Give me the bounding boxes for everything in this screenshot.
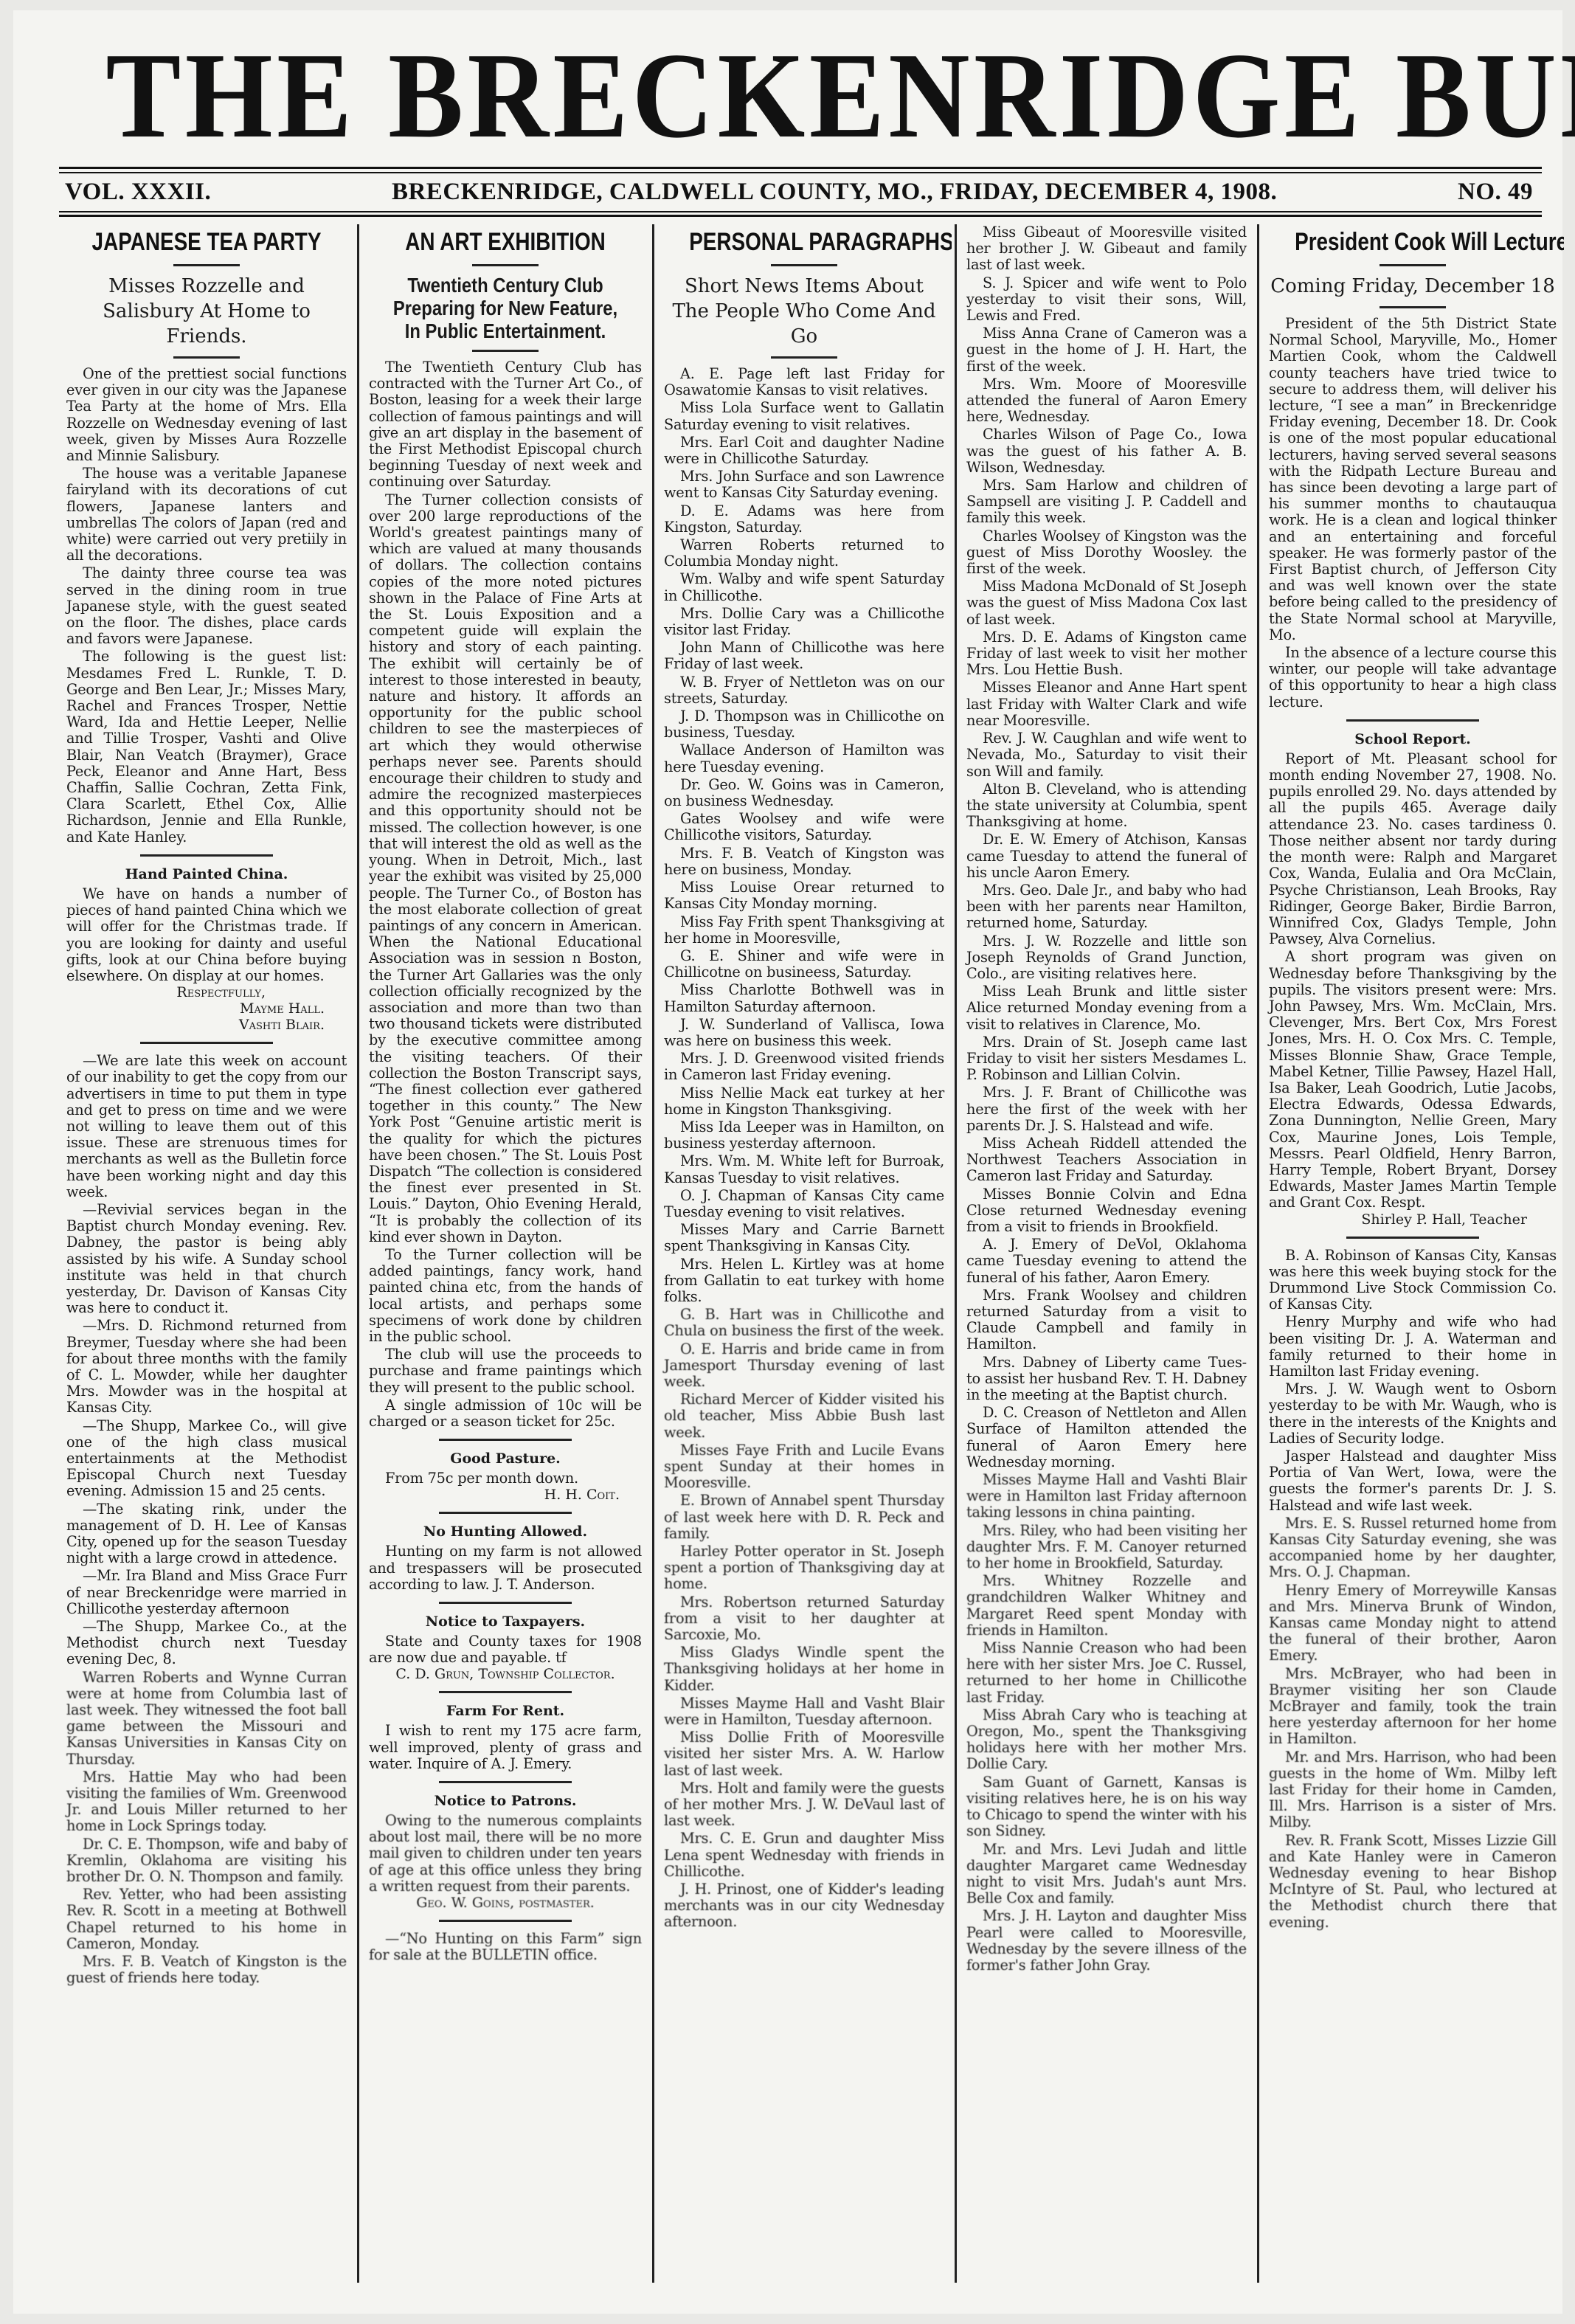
masthead-title: THE BRECKENRIDGE BULLETIN. [105,32,1470,158]
patrons-notice: Owing to the numerous complaints about l… [369,1813,642,1895]
column-japanese-tea-party: JAPANESE TEA PARTY Misses Rozzelle and S… [59,224,354,2290]
personal-item: Jasper Halstead and daughter Miss Portia… [1269,1448,1557,1514]
china-signature-2: Vashti Blair. [66,1017,347,1033]
personal-item: G. E. Shiner and wife were in Chillicotn… [664,948,944,981]
headline-art-exhibition: AN ART EXHIBITION [393,227,617,257]
divider [472,350,539,352]
divider [771,264,837,266]
divider [439,1781,572,1783]
personal-item: S. J. Spicer and wife went to Polo yeste… [966,275,1247,325]
patrons-signature: Geo. W. Goins, postmaster. [369,1895,642,1911]
local-item: —Mr. Ira Bland and Miss Grace Furr of ne… [66,1568,347,1617]
personal-item: Mrs. Riley, who had been visiting her da… [966,1523,1247,1572]
personal-item: Miss Dollie Frith of Mooresville visited… [664,1729,944,1779]
personal-item: G. B. Hart was in Chillicothe and Chula … [664,1307,944,1339]
column-rule [357,224,359,2283]
personal-item: Mrs. Wm. M. White left for Burroak, Kans… [664,1153,944,1186]
personal-item: Miss Leah Brunk and little sister Alice … [966,983,1247,1033]
personal-item: Alton B. Cleveland, who is attending the… [966,781,1247,831]
personal-item: Richard Mercer of Kidder visited his old… [664,1391,944,1441]
local-item: Mrs. Hattie May who had been visiting th… [66,1769,347,1835]
personal-item: Miss Gladys Windle spent the Thanksgivin… [664,1645,944,1694]
article-paragraph: The Turner collection consists of over 2… [369,492,642,1245]
divider [1380,306,1446,308]
personal-item: Henry Emery of Morreywille Kansas and Mr… [1269,1583,1557,1664]
divider [439,1602,572,1604]
personal-item: Mrs. Frank Woolsey and children returned… [966,1287,1247,1353]
heading-farm-for-rent: Farm For Rent. [369,1702,642,1720]
divider [173,356,240,359]
local-item: —The skating rink, under the management … [66,1501,347,1567]
personal-item: Mrs. Dabney of Liberty came Tues- to ass… [966,1355,1247,1404]
personal-item: Dr. E. W. Emery of Atchison, Kansas came… [966,831,1247,881]
local-item: —Revivial services began in the Baptist … [66,1202,347,1316]
hunting-notice: Hunting on my farm is not allowed and tr… [369,1543,642,1593]
local-item: —The Shupp, Markee Co., at the Methodist… [66,1619,347,1668]
personal-item: Wm. Walby and wife spent Saturday in Chi… [664,571,944,604]
column-president-cook: President Cook Will Lecture Coming Frida… [1261,224,1564,2290]
personal-item: Misses Faye Frith and Lucile Evans spent… [664,1442,944,1492]
divider [439,1691,572,1693]
china-closing: Respectfully, [66,984,347,1000]
personal-item: W. B. Fryer of Nettleton was on our stre… [664,674,944,707]
personal-item: John Mann of Chillicothe was here Friday… [664,640,944,672]
personal-item: Mr. and Mrs. Harrison, who had been gues… [1269,1749,1557,1831]
personal-item: Miss Anna Crane of Cameron was a guest i… [966,325,1247,375]
personal-item: Mr. and Mrs. Levi Judah and little daugh… [966,1841,1247,1907]
divider [439,1920,572,1922]
personal-item: Mrs. McBrayer, who had been in Braymer v… [1269,1666,1557,1748]
dateline-rule-1 [59,211,1542,212]
personal-item: Miss Charlotte Bothwell was in Hamilton … [664,982,944,1014]
divider [439,1439,572,1441]
tax-notice: State and County taxes for 1908 are now … [369,1633,642,1666]
personal-item: A. E. Page left last Friday for Osawatom… [664,366,944,398]
article-paragraph: To the Turner collection will be added p… [369,1247,642,1345]
personal-item: O. J. Chapman of Kansas City came Tuesda… [664,1188,944,1220]
issue-number: NO. 49 [1458,179,1533,206]
personal-item: A. J. Emery of DeVol, Oklahoma came Tues… [966,1237,1247,1286]
personal-item: Mrs. D. E. Adams of Kingston came Friday… [966,629,1247,679]
dateline-bar: VOL. XXXII. BRECKENRIDGE, CALDWELL COUNT… [65,177,1533,207]
article-paragraph: One of the prettiest social functions ev… [66,366,347,464]
china-signature-1: Mayme Hall. [66,1000,347,1017]
local-item: Warren Roberts and Wynne Curran were at … [66,1670,347,1768]
divider [173,264,240,266]
local-item: —The Shupp, Markee Co., will give one of… [66,1418,347,1500]
personal-item: Mrs. J. D. Greenwood visited friends in … [664,1051,944,1083]
personal-item: Mrs. Whitney Rozzelle and grandchildren … [966,1573,1247,1639]
volume-number: VOL. XXXII. [65,179,211,206]
personal-item: Misses Bonnie Colvin and Edna Close retu… [966,1186,1247,1236]
personal-item: Misses Mayme Hall and Vasht Blair were i… [664,1695,944,1728]
personal-item: Misses Mayme Hall and Vashti Blair were … [966,1472,1247,1521]
personal-item: Wallace Anderson of Hamilton was here Tu… [664,742,944,775]
masthead-rule-top-thin [59,172,1542,173]
tax-signature: C. D. Grun, Township Collector. [369,1666,642,1682]
column-personal-continued: Miss Gibeaut of Mooresville visited her … [959,224,1254,2290]
personal-item: Mrs. Helen L. Kirtley was at home from G… [664,1256,944,1306]
personal-item: Misses Mary and Carrie Barnett spent Tha… [664,1222,944,1254]
divider [140,1042,273,1044]
newspaper-page: THE BRECKENRIDGE BULLETIN. VOL. XXXII. B… [13,10,1562,2314]
headline-personal-paragraphs: PERSONAL PARAGRAPHS [689,227,919,257]
headline-japanese-tea-party: JAPANESE TEA PARTY [91,227,322,257]
personal-item: Miss Nellie Mack eat turkey at her home … [664,1085,944,1118]
heading-hand-painted-china: Hand Painted China. [66,865,347,883]
divider [140,854,273,857]
divider [1380,264,1446,266]
school-report-paragraph: A short program was given on Wednesday b… [1269,949,1557,1211]
personal-item: B. A. Robinson of Kansas City, Kansas wa… [1269,1248,1557,1313]
column-personal-paragraphs: PERSONAL PARAGRAPHS Short News Items Abo… [657,224,952,2290]
personal-item: Miss Fay Frith spent Thanksgiving at her… [664,914,944,947]
column-rule [652,224,654,2283]
column-rule [955,224,957,2283]
personal-item: Mrs. J. H. Layton and daughter Miss Pear… [966,1908,1247,1974]
divider [1346,719,1479,722]
divider [472,264,539,266]
local-item: —We are late this week on account of our… [66,1053,347,1200]
personal-item: Miss Louise Orear returned to Kansas Cit… [664,879,944,912]
personal-item: Mrs. Wm. Moore of Mooresville attended t… [966,376,1247,426]
personal-item: Miss Abrah Cary who is teaching at Orego… [966,1707,1247,1773]
personal-item: Miss Lola Surface went to Gallatin Satur… [664,400,944,432]
subhead-art-exhibition: Twentieth Century Club Preparing for New… [390,274,622,342]
personal-item: Rev. R. Frank Scott, Misses Lizzie Gill … [1269,1833,1557,1931]
personal-item: Mrs. J. W. Rozzelle and little son Josep… [966,933,1247,983]
masthead-rule-top [59,167,1542,169]
dateline-rule-2 [59,215,1542,217]
article-paragraph: The house was a veritable Japanese fairy… [66,466,347,564]
heading-no-hunting: No Hunting Allowed. [369,1523,642,1540]
column-rule [1257,224,1259,2283]
local-item: —Mrs. D. Richmond returned from Breymer,… [66,1318,347,1416]
personal-item: Mrs. Drain of St. Joseph came last Frida… [966,1034,1247,1084]
divider [1346,1237,1479,1239]
personal-item: E. Brown of Annabel spent Thursday of la… [664,1493,944,1542]
personal-item: Miss Madona McDonald of St Joseph was th… [966,578,1247,628]
article-paragraph: President of the 5th District State Norm… [1269,316,1557,643]
personal-item: Mrs. Sam Harlow and children of Sampsell… [966,477,1247,527]
personal-item: J. H. Prinost, one of Kidder's leading m… [664,1881,944,1931]
heading-good-pasture: Good Pasture. [369,1450,642,1467]
personal-item: Miss Ida Leeper was in Hamilton, on busi… [664,1119,944,1152]
personal-item: Charles Wilson of Page Co., Iowa was the… [966,426,1247,476]
personal-item: Mrs. Holt and family were the guests of … [664,1780,944,1830]
personal-item: Miss Acheah Riddell attended the Northwe… [966,1135,1247,1185]
personal-item: Sam Guant of Garnett, Kansas is visiting… [966,1774,1247,1840]
personal-item: Gates Woolsey and wife were Chillicothe … [664,811,944,843]
dateline-text: BRECKENRIDGE, CALDWELL COUNTY, MO., FRID… [392,179,1277,206]
farm-notice: I wish to rent my 175 acre farm, well im… [369,1723,642,1772]
personal-item: D. C. Creason of Nettleton and Allen Sur… [966,1405,1247,1470]
personal-item: Mrs. F. B. Veatch of Kingston was here o… [664,845,944,878]
article-paragraph: The Twentieth Century Club has contracte… [369,359,642,491]
subhead-president-cook: Coming Friday, December 18 [1269,274,1557,299]
heading-school-report: School Report. [1269,730,1557,748]
personal-item: J. W. Sunderland of Vallisca, Iowa was h… [664,1017,944,1049]
divider [771,356,837,359]
personal-item: Mrs. J. F. Brant of Chillicothe was here… [966,1085,1247,1134]
personal-item: Warren Roberts returned to Columbia Mond… [664,537,944,570]
personal-item: D. E. Adams was here from Kingston, Satu… [664,503,944,536]
pasture-notice: From 75c per month down. [369,1470,642,1487]
personal-item: Henry Murphy and wife who had been visit… [1269,1314,1557,1380]
headline-president-cook: President Cook Will Lecture [1295,227,1531,257]
personal-item: Miss Gibeaut of Mooresville visited her … [966,224,1247,274]
personal-item: Charles Woolsey of Kingston was the gues… [966,528,1247,578]
divider [439,1512,572,1514]
personal-item: Mrs. Robertson returned Saturday from a … [664,1594,944,1644]
subhead-japanese-tea-party: Misses Rozzelle and Salisbury At Home to… [66,274,347,349]
column-art-exhibition: AN ART EXHIBITION Twentieth Century Club… [361,224,649,2290]
heading-notice-taxpayers: Notice to Taxpayers. [369,1613,642,1630]
article-paragraph: The following is the guest list: Mesdame… [66,649,347,845]
personal-item: Rev. J. W. Caughlan and wife went to Nev… [966,730,1247,780]
signs-notice: —“No Hunting on this Farm” sign for sale… [369,1931,642,1963]
school-report-paragraph: Report of Mt. Pleasant school for month … [1269,751,1557,947]
personal-item: Miss Nannie Creason who had been here wi… [966,1640,1247,1706]
personal-item: Misses Eleanor and Anne Hart spent last … [966,679,1247,729]
personal-item: Mrs. Earl Coit and daughter Nadine were … [664,435,944,467]
local-item: Mrs. F. B. Veatch of Kingston is the gue… [66,1954,347,1986]
article-paragraph: The club will use the proceeds to purcha… [369,1346,642,1396]
article-paragraph: The dainty three course tea was served i… [66,565,347,647]
personal-item: Mrs. C. E. Grun and daughter Miss Lena s… [664,1830,944,1880]
personal-item: J. D. Thompson was in Chillicothe on bus… [664,708,944,741]
personal-item: Dr. Geo. W. Goins was in Cameron, on bus… [664,777,944,809]
personal-item: Mrs. Geo. Dale Jr., and baby who had bee… [966,882,1247,932]
china-notice: We have on hands a number of pieces of h… [66,886,347,984]
pasture-signature: H. H. Coit. [369,1487,642,1503]
personal-item: Mrs. Dollie Cary was a Chillicothe visit… [664,606,944,638]
local-item: Rev. Yetter, who had been assisting Rev.… [66,1886,347,1952]
article-paragraph: A single admission of 10c will be charge… [369,1397,642,1430]
columns: JAPANESE TEA PARTY Misses Rozzelle and S… [59,224,1564,2297]
school-report-signature: Shirley P. Hall, Teacher [1269,1211,1557,1228]
article-paragraph: In the absence of a lecture course this … [1269,645,1557,710]
local-item: Dr. C. E. Thompson, wife and baby of Kre… [66,1836,347,1886]
personal-item: Harley Potter operator in St. Joseph spe… [664,1543,944,1593]
personal-item: Mrs. John Surface and son Lawrence went … [664,468,944,501]
heading-notice-patrons: Notice to Patrons. [369,1792,642,1810]
subhead-personal-paragraphs: Short News Items About The People Who Co… [664,274,944,349]
personal-item: Mrs. J. W. Waugh went to Osborn yesterda… [1269,1381,1557,1447]
personal-item: Mrs. E. S. Russel returned home from Kan… [1269,1515,1557,1581]
personal-item: O. E. Harris and bride came in from Jame… [664,1341,944,1391]
